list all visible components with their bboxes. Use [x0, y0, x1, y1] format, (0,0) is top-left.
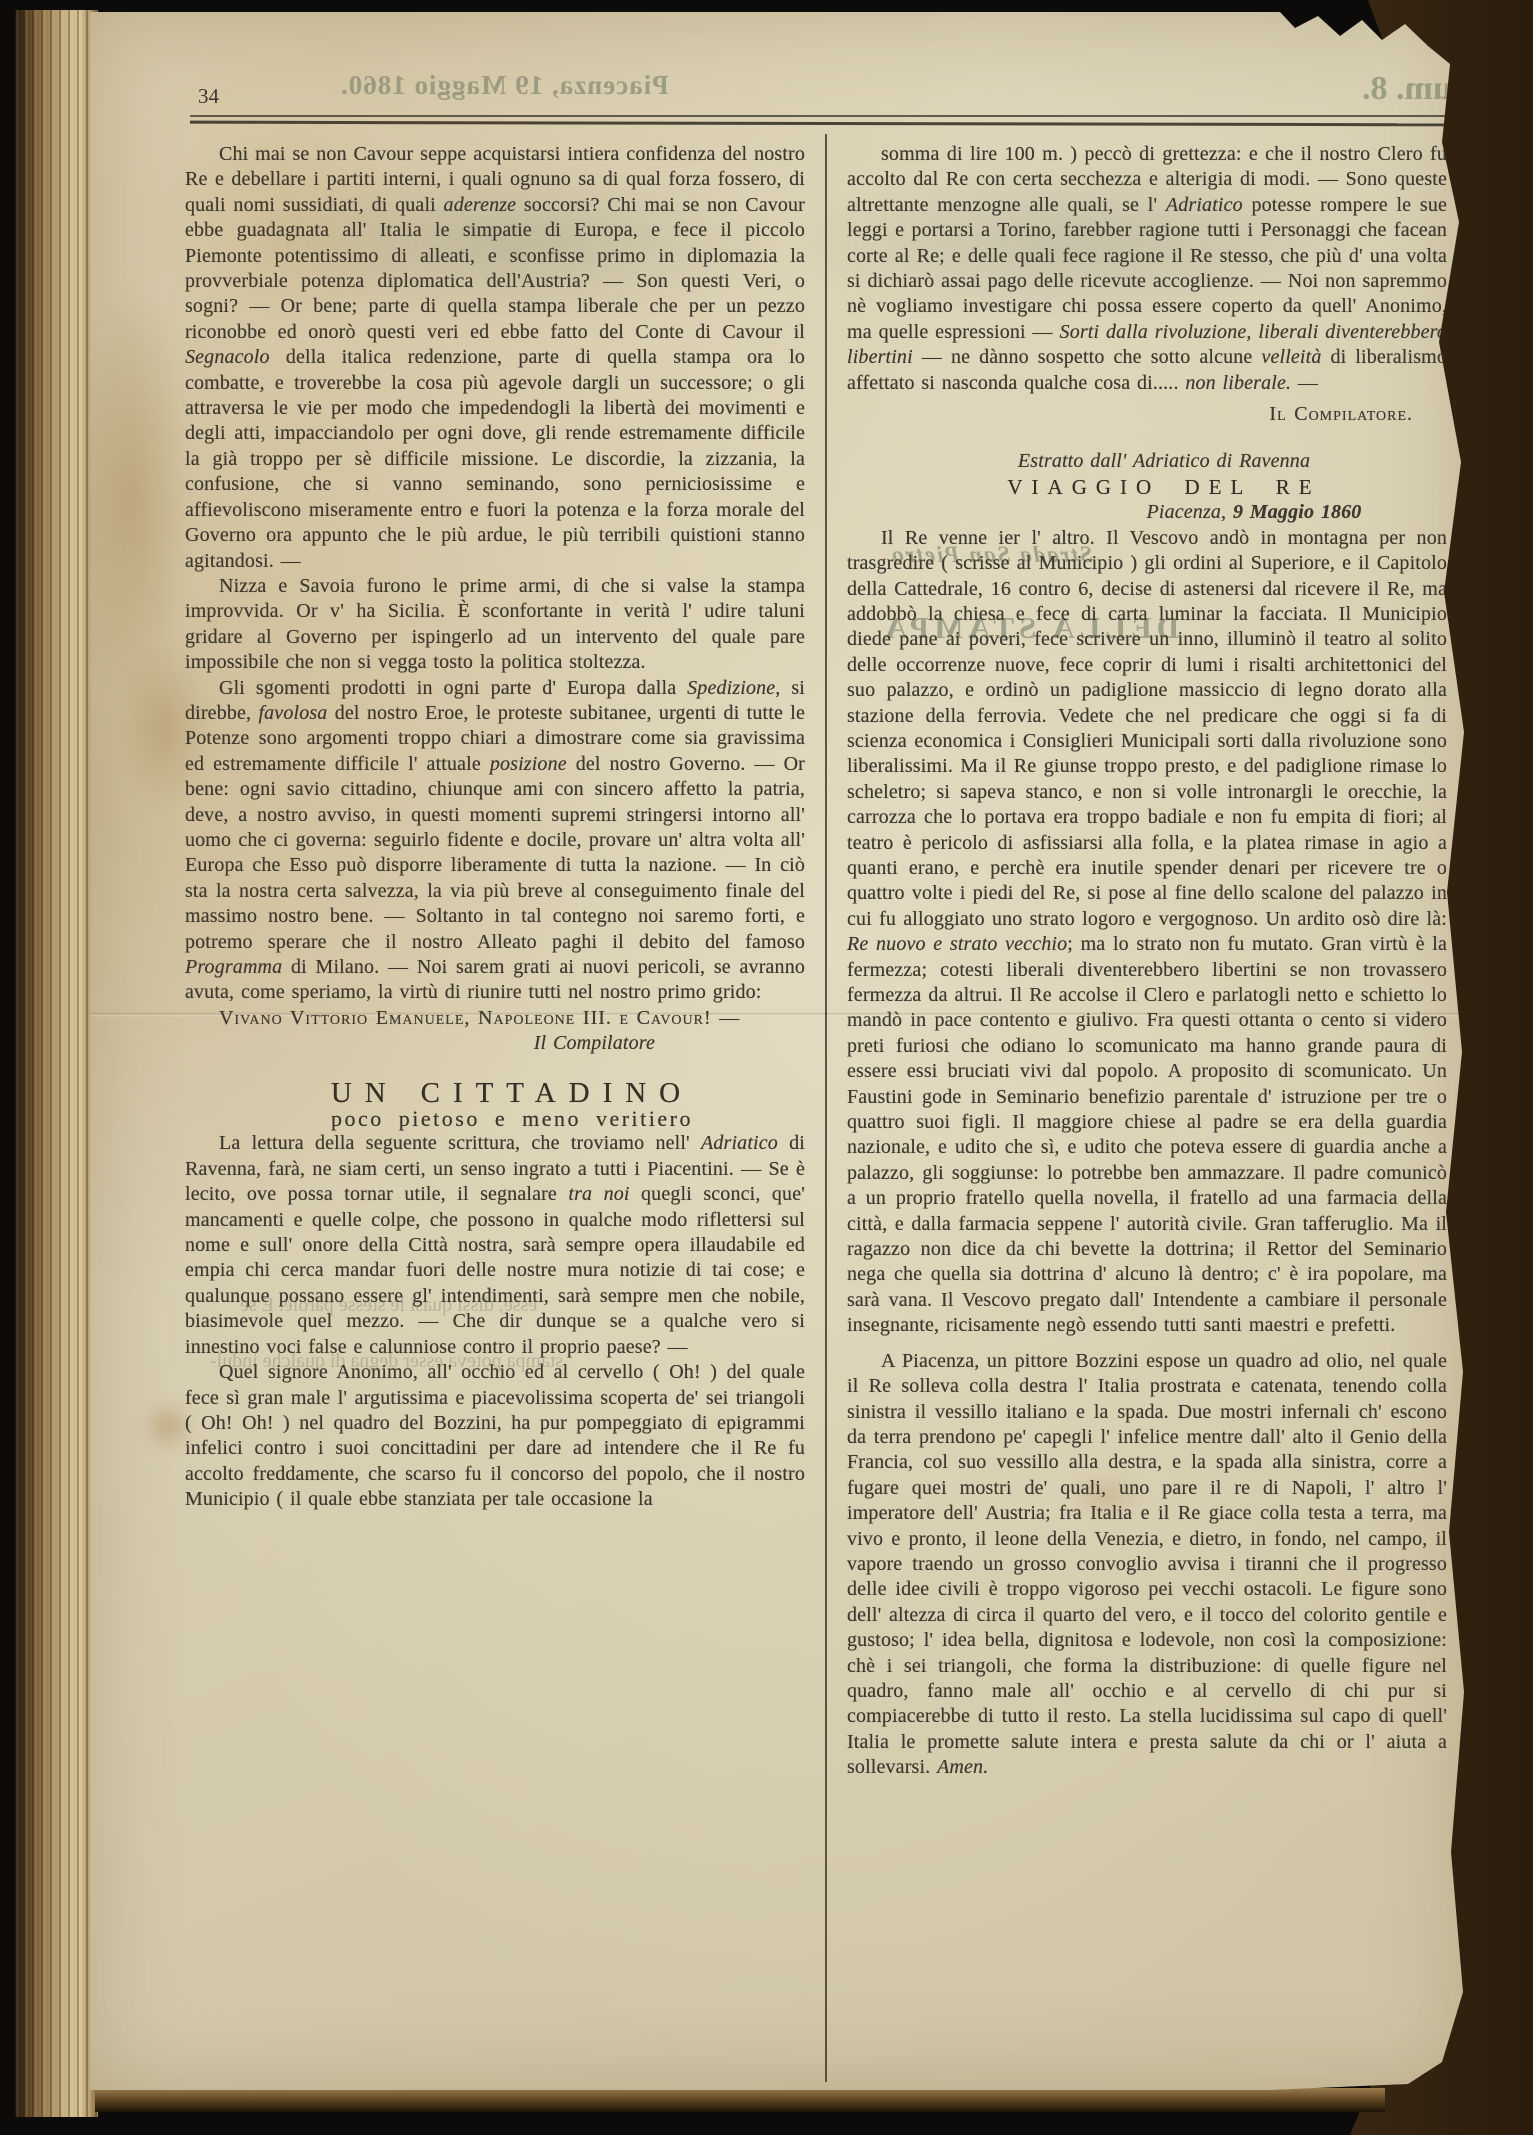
paragraph: Chi mai se non Cavour seppe acquistarsi …	[185, 142, 805, 574]
paragraph: Quel signore Anonimo, all' occhio ed al …	[185, 1360, 805, 1512]
compiler-byline: Il Compilatore	[185, 1031, 805, 1056]
compiler-byline: Il Compilatore.	[847, 402, 1447, 427]
book-page-edges	[14, 10, 98, 2117]
newspaper-page: Piacenza, 19 Maggio 1860. Num. 8. Strada…	[90, 12, 1465, 2090]
paragraph: Il Re venne ier l' altro. Il Vescovo and…	[847, 526, 1447, 1339]
column-divider	[825, 134, 827, 2082]
article-subheading: poco pietoso e meno veritiero	[185, 1106, 805, 1131]
page-bottom-edge	[95, 2088, 1385, 2112]
extract-source-line: Estratto dall' Adriatico di Ravenna	[847, 449, 1447, 474]
header-rule-thick	[190, 121, 1458, 127]
newspaper-scan: Piacenza, 19 Maggio 1860. Num. 8. Strada…	[0, 0, 1533, 2135]
paper-stain	[72, 282, 192, 712]
paragraph-gap	[847, 1339, 1447, 1349]
signature-line: Vivano Vittorio Emanuele, Napoleone III.…	[185, 1006, 805, 1031]
article-heading: VIAGGIO DEL RE	[847, 475, 1447, 500]
showthrough-dateline: Piacenza, 19 Maggio 1860.	[340, 70, 669, 101]
left-column: Chi mai se non Cavour seppe acquistarsi …	[185, 142, 805, 1513]
page-number: 34	[198, 84, 219, 109]
paragraph: Nizza e Savoia furono le prime armi, di …	[185, 574, 805, 676]
dateline: Piacenza, 9 Maggio 1860	[847, 500, 1447, 525]
paragraph: somma di lire 100 m. ) peccò di grettezz…	[847, 142, 1447, 396]
header-rule	[190, 115, 1458, 117]
paragraph: Gli sgomenti prodotti in ogni parte d' E…	[185, 676, 805, 1006]
paragraph: A Piacenza, un pittore Bozzini espose un…	[847, 1349, 1447, 1781]
article-heading: UN CITTADINO	[185, 1081, 805, 1106]
paragraph: La lettura della seguente scrittura, che…	[185, 1131, 805, 1360]
right-column: somma di lire 100 m. ) peccò di grettezz…	[847, 142, 1447, 1781]
